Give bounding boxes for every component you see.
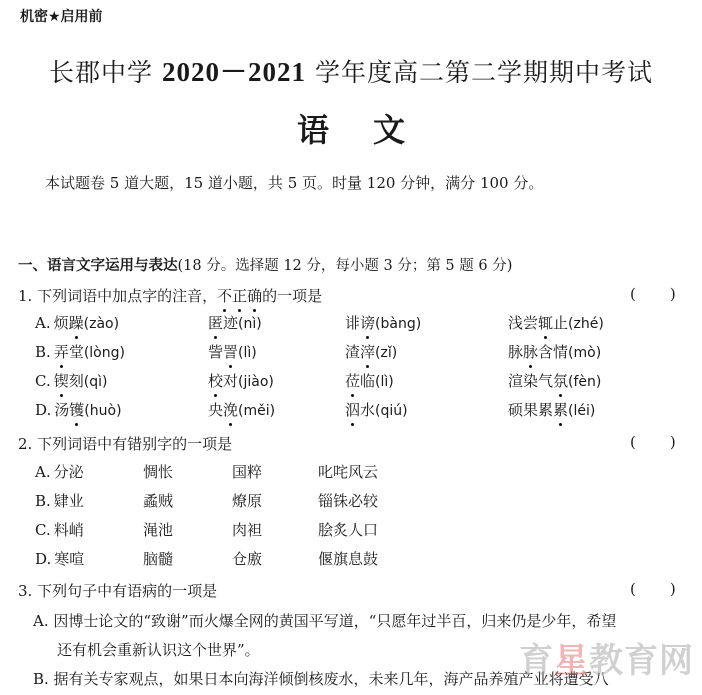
question-2-stem: 2. 下列词语中有错别字的一项是 [18,433,232,454]
option-label: A. [35,314,51,332]
subject-char: 语 [297,105,329,151]
exam-term: 学年度高二第二学期期中考试 [315,58,653,87]
q1-option-term: 诽谤(bàng) [345,312,421,333]
option-label: C. [35,372,51,390]
dotted-char: 莅 [345,370,360,391]
paren-open: ( [630,580,636,598]
pinyin: (léi) [568,403,595,419]
pinyin: (qì) [84,374,108,390]
term-text: 寒喧 [54,550,84,568]
option-label: D. [35,401,51,419]
watermark-char: 教 [589,641,624,681]
paren-open: ( [630,433,636,451]
term-text: 偃旗息鼓 [318,550,378,568]
q2-option-term: 蟊贼 [143,490,173,511]
dotted-char: 镬 [69,399,84,420]
term-text: 止 [553,314,568,332]
q2-option-term: 渑池 [143,519,173,540]
q1-option-term: 渲染气氛(fèn) [508,370,601,391]
term-text: 渲染气 [508,372,553,390]
term-text: 烦 [54,314,69,332]
dotted-char: 校 [208,370,223,391]
term-text: 肄业 [54,492,84,510]
option-label: D. [35,550,51,568]
q2-option-term: A.分泌 [35,461,84,482]
pinyin: (nì) [238,316,262,332]
watermark-char: 星 [554,641,589,681]
confidential-label: 机密★启用前 [20,6,103,26]
school-name: 长郡中学 [49,58,153,87]
q1-option-term: 校对(jiào) [208,370,274,391]
term-text: 惆怅 [143,463,173,481]
q2-option-term: 脑髓 [143,548,173,569]
term-text: 迹 [223,314,238,332]
dotted-char: 躁 [69,312,84,333]
term-text: 蟊贼 [143,492,173,510]
pinyin: (mò) [568,345,601,361]
q1-option-term: 浅尝辄止(zhé) [508,312,604,333]
term-text: 含情 [538,343,568,361]
q1-option-term: 莅临(lì) [345,370,394,391]
pinyin: (lì) [375,374,394,390]
stem-text: 1. 下列词语中加点字的注音， [18,287,217,305]
q1-option-term: 央浼(měi) [208,399,275,420]
pinyin: (jiào) [238,374,274,390]
q1-option-term: D.汤镬(huò) [35,399,122,420]
q2-option-term: 仓廒 [232,548,262,569]
pinyin: (bàng) [375,316,421,332]
q2-option-term: 燎原 [232,490,262,511]
dotted-char: 辄 [538,312,553,333]
question-3-stem: 3. 下列句子中有语病的一项是 [18,580,217,601]
q1-option-term: 脉脉含情(mò) [508,341,601,362]
section-score-note: (18 分。选择题 12 分，每小题 3 分；第 5 题 6 分) [178,258,513,274]
term-text: 央 [208,401,223,419]
pinyin: (zǐ) [375,345,397,361]
pinyin: (lòng) [84,345,125,361]
term-text: 对 [223,372,238,390]
section-heading: 一、语言文字运用与表达(18 分。选择题 12 分，每小题 3 分；第 5 题 … [18,254,512,275]
term-text: 锱铢必较 [318,492,378,510]
q2-option-term: 叱咤风云 [318,461,378,482]
term-text: 分泌 [54,463,84,481]
q1-option-term: 匿迹(nì) [208,312,262,333]
q1-option-term: 訾詈(lì) [208,341,257,362]
q1-option-term: 渣滓(zǐ) [345,341,397,362]
pinyin: (zào) [84,316,119,332]
watermark-char: 育 [519,641,554,681]
question-1-stem: 1. 下列词语中加点字的注音，不正确的一项是 [18,285,322,306]
term-text: 叱咤风云 [318,463,378,481]
paren-close: ) [670,580,676,598]
exam-instructions: 本试题卷 5 道大题，15 道小题，共 5 页。时量 120 分钟，满分 100… [45,172,543,193]
term-text: 仓廒 [232,550,262,568]
paren-close: ) [670,285,676,303]
term-text: 硕果累 [508,401,553,419]
q1-option-term: 泅水(qiú) [345,399,408,420]
option-label: A. [35,463,51,481]
question-3-option-a-cont: 还有机会重新认识这个世界”。 [57,639,260,660]
dotted-char: 锲 [54,370,69,391]
watermark-char: 网 [659,641,694,681]
q1-option-term: B.弄堂(lòng) [35,341,125,362]
q2-option-term: 脍炙人口 [318,519,378,540]
dotted-char: 正 [232,285,247,306]
watermark-char: 育 [624,641,659,681]
term-text: 脑髓 [143,550,173,568]
q2-option-term: 锱铢必较 [318,490,378,511]
dotted-char: 浼 [223,399,238,420]
exam-title: 长郡中学 2020－2021 学年度高二第二学期期中考试 [0,50,702,89]
question-3-option-a: A. 因博士论文的“致谢”而火爆全网的黄国平写道，“只愿年过半百，归来仍是少年，… [33,610,616,631]
option-label: B. [35,492,51,510]
q2-option-term: D.寒喧 [35,548,84,569]
dotted-char: 谤 [360,312,375,333]
term-text: 渣 [345,343,360,361]
academic-years: 2020－2021 [162,57,306,87]
pinyin: (zhé) [568,316,604,332]
dotted-char: 泅 [345,399,360,420]
q1-option-term: A.烦躁(zào) [35,312,119,333]
dotted-char: 脉 [523,341,538,362]
pinyin: (fèn) [568,374,601,390]
term-text: 脍炙人口 [318,521,378,539]
q2-option-term: 惆怅 [143,461,173,482]
dotted-char: 确 [247,285,262,306]
dotted-char: 匿 [208,312,223,333]
term-text: 浅尝 [508,314,538,332]
q2-option-term: C.料峭 [35,519,84,540]
term-text: 燎原 [232,492,262,510]
term-text: 临 [360,372,375,390]
dotted-char: 氛 [553,370,568,391]
dotted-char: 滓 [360,341,375,362]
pinyin: (huò) [84,403,121,419]
term-text: 堂 [69,343,84,361]
pinyin: (qiú) [375,403,408,419]
q2-option-term: B.肄业 [35,490,84,511]
dotted-char: 詈 [223,341,238,362]
dotted-char: 弄 [54,341,69,362]
q1-option-term: 硕果累累(léi) [508,399,595,420]
answer-blank[interactable]: () [630,433,676,451]
subject-title: 语文 [0,105,702,151]
term-text: 国粹 [232,463,262,481]
term-text: 汤 [54,401,69,419]
answer-blank[interactable]: () [630,285,676,303]
q2-option-term: 肉袒 [232,519,262,540]
section-title: 一、语言文字运用与表达 [18,258,178,274]
subject-char: 文 [373,105,405,151]
term-text: 訾 [208,343,223,361]
dotted-char: 累 [553,399,568,420]
paren-open: ( [630,285,636,303]
watermark-logo: 育星教育网 [519,633,694,682]
pinyin: (lì) [238,345,257,361]
paren-close: ) [670,433,676,451]
option-label: C. [35,521,51,539]
q2-option-term: 国粹 [232,461,262,482]
answer-blank[interactable]: () [630,580,676,598]
term-text: 脉 [508,343,523,361]
q1-option-term: C.锲刻(qì) [35,370,107,391]
term-text: 诽 [345,314,360,332]
dotted-char: 不 [217,285,232,306]
stem-text: 的一项是 [262,287,322,305]
term-text: 肉袒 [232,521,262,539]
q2-option-term: 偃旗息鼓 [318,548,378,569]
pinyin: (měi) [238,403,275,419]
term-text: 刻 [69,372,84,390]
option-label: B. [35,343,51,361]
term-text: 渑池 [143,521,173,539]
term-text: 水 [360,401,375,419]
term-text: 料峭 [54,521,84,539]
